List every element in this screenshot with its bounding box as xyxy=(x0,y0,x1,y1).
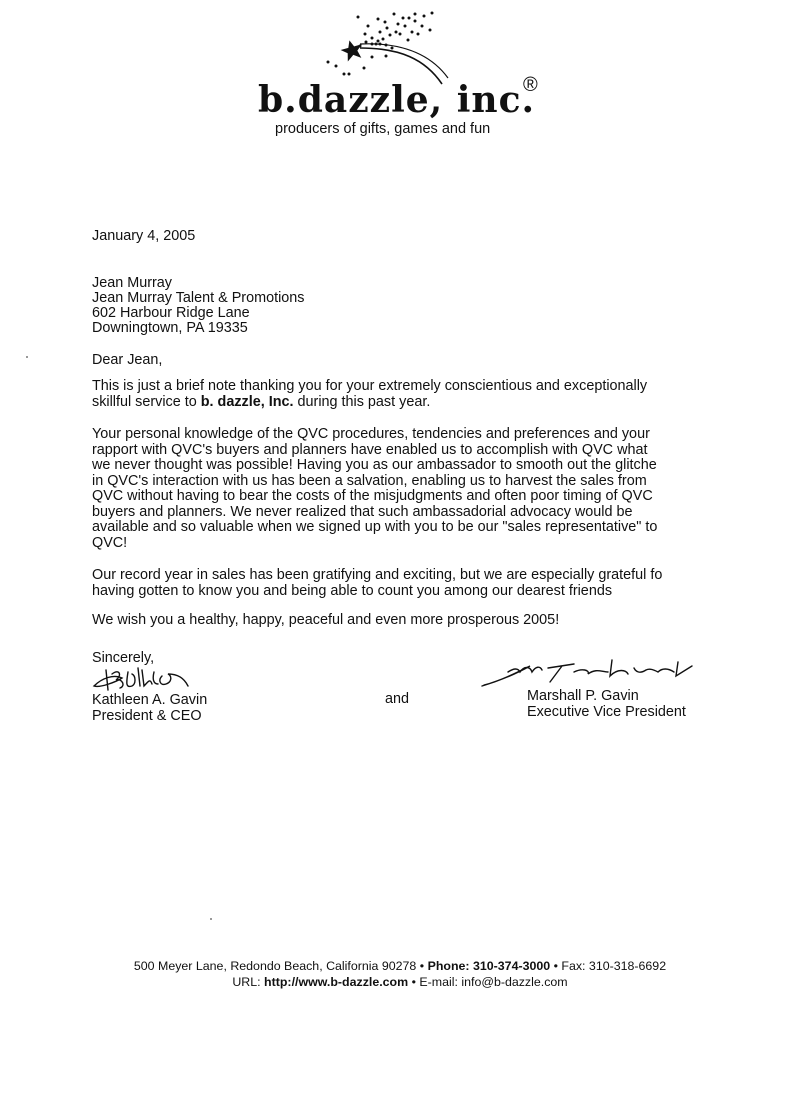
letter-date: January 4, 2005 xyxy=(92,229,195,245)
footer-bullet: • xyxy=(550,959,561,973)
paragraph-3: Our record year in sales has been gratif… xyxy=(92,568,732,599)
paragraph-line: available and so valuable when we signed… xyxy=(92,520,732,536)
paragraph-line: QVC! xyxy=(92,536,732,552)
footer-url-label: URL: xyxy=(232,975,264,989)
paragraph-line: rapport with QVC's buyers and planners h… xyxy=(92,443,732,459)
footer-bullet: • xyxy=(416,959,427,973)
signer-1-name: Kathleen A. Gavin xyxy=(92,693,207,709)
footer-email[interactable]: E-mail: info@b-dazzle.com xyxy=(419,975,567,989)
line-text: during this past year. xyxy=(294,394,431,410)
paragraph-1: This is just a brief note thanking you f… xyxy=(92,379,732,410)
footer-phone: Phone: 310-374-3000 xyxy=(428,959,551,973)
paragraph-line: Our record year in sales has been gratif… xyxy=(92,568,732,584)
line-text: skillful service to xyxy=(92,394,201,410)
paragraph-4: We wish you a healthy, happy, peaceful a… xyxy=(92,613,732,629)
paragraph-2: Your personal knowledge of the QVC proce… xyxy=(92,427,732,551)
company-logo-wordmark: b.dazzle, inc. xyxy=(258,80,558,120)
paragraph-line: QVC without having to bear the costs of … xyxy=(92,489,732,505)
company-name-bold: b. dazzle, Inc. xyxy=(201,394,294,410)
paragraph-line: having gotten to know you and being able… xyxy=(92,584,732,600)
signer-2-name: Marshall P. Gavin xyxy=(527,689,639,705)
paragraph-line: we never thought was possible! Having yo… xyxy=(92,458,732,474)
footer-address: 500 Meyer Lane, Redondo Beach, Californi… xyxy=(134,959,416,973)
footer-url-link[interactable]: http://www.b-dazzle.com xyxy=(264,975,408,989)
paragraph-line: skillful service to b. dazzle, Inc. duri… xyxy=(92,395,732,411)
paragraph-line: in QVC's interaction with us has been a … xyxy=(92,474,732,490)
scan-speck xyxy=(26,356,28,358)
shooting-star-icon xyxy=(320,4,480,86)
registered-trademark-icon: ® xyxy=(523,75,538,95)
signer-1-title: President & CEO xyxy=(92,709,202,725)
footer-fax: Fax: 310-318-6692 xyxy=(561,959,666,973)
scan-speck xyxy=(210,918,212,920)
footer-line-1: 500 Meyer Lane, Redondo Beach, Californi… xyxy=(0,958,800,974)
signer-2-title: Executive Vice President xyxy=(527,705,686,721)
footer-bullet: • xyxy=(408,975,419,989)
paragraph-line: buyers and planners. We never realized t… xyxy=(92,505,732,521)
paragraph-line: This is just a brief note thanking you f… xyxy=(92,379,732,395)
letter-footer: 500 Meyer Lane, Redondo Beach, Californi… xyxy=(0,958,800,990)
salutation: Dear Jean, xyxy=(92,353,162,369)
footer-line-2: URL: http://www.b-dazzle.com • E-mail: i… xyxy=(0,974,800,990)
recipient-city-state-zip: Downingtown, PA 19335 xyxy=(92,321,248,337)
signature-marshall-icon xyxy=(478,658,703,690)
conjunction-and: and xyxy=(385,692,409,708)
paragraph-line: Your personal knowledge of the QVC proce… xyxy=(92,427,732,443)
company-tagline: producers of gifts, games and fun xyxy=(275,120,490,138)
paragraph-line: We wish you a healthy, happy, peaceful a… xyxy=(92,613,732,629)
signature-kathleen-icon xyxy=(92,664,202,694)
